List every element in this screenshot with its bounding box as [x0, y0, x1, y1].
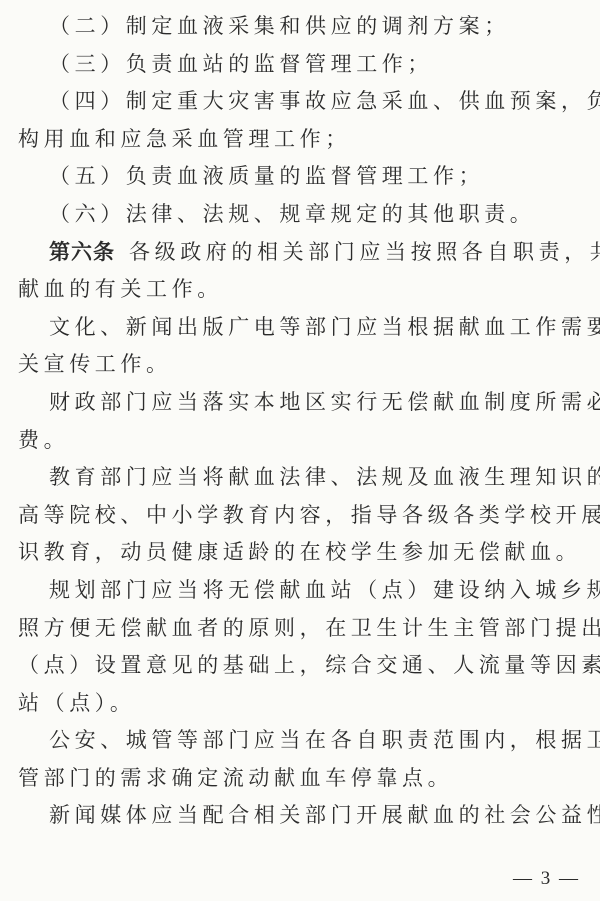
paragraph-public-security-continued: 管部门的需求确定流动献血车停靠点。 — [18, 760, 590, 798]
paragraph-media: 新闻媒体应当配合相关部门开展献血的社会公益性宣传。 — [18, 797, 590, 835]
paragraph-education: 教育部门应当将献血法律、法规及血液生理知识的宣传纳入 — [18, 459, 590, 497]
paragraph-planning-continued-3: 站（点）。 — [18, 685, 590, 723]
paragraph-finance-continued: 费。 — [18, 422, 590, 460]
list-item-2: （二）制定血液采集和供应的调剂方案； — [18, 8, 590, 46]
article-6-paragraph: 第六条各级政府的相关部门应当按照各自职责，共同做好 — [18, 234, 590, 272]
paragraph-education-continued-1: 高等院校、中小学教育内容，指导各级各类学校开展无偿献血知 — [18, 497, 590, 535]
paragraph-finance: 财政部门应当落实本地区实行无偿献血制度所需必要的经 — [18, 384, 590, 422]
list-item-6: （六）法律、法规、规章规定的其他职责。 — [18, 196, 590, 234]
list-item-3: （三）负责血站的监督管理工作； — [18, 46, 590, 84]
paragraph-planning: 规划部门应当将无偿献血站（点）建设纳入城乡规划，按 — [18, 572, 590, 610]
paragraph-culture: 文化、新闻出版广电等部门应当根据献血工作需要，做好相 — [18, 309, 590, 347]
article-6-continued: 献血的有关工作。 — [18, 271, 590, 309]
paragraph-culture-continued: 关宣传工作。 — [18, 346, 590, 384]
document-page: （二）制定血液采集和供应的调剂方案； （三）负责血站的监督管理工作； （四）制定… — [0, 0, 600, 901]
list-item-4: （四）制定重大灾害事故应急采血、供血预案，负责医疗机 — [18, 83, 590, 121]
article-6-text: 各级政府的相关部门应当按照各自职责，共同做好 — [129, 240, 600, 264]
paragraph-education-continued-2: 识教育，动员健康适龄的在校学生参加无偿献血。 — [18, 534, 590, 572]
paragraph-planning-continued-1: 照方便无偿献血者的原则，在卫生计生主管部门提出献血站 — [18, 610, 590, 648]
article-label: 第六条 — [49, 240, 115, 264]
paragraph-public-security: 公安、城管等部门应当在各自职责范围内，根据卫生计生主 — [18, 722, 590, 760]
list-item-4-continued: 构用血和应急采血管理工作； — [18, 121, 590, 159]
document-body: （二）制定血液采集和供应的调剂方案； （三）负责血站的监督管理工作； （四）制定… — [18, 8, 590, 835]
page-number: — 3 — — [513, 868, 580, 890]
paragraph-planning-continued-2: （点）设置意见的基础上，综合交通、人流量等因素，规划献血 — [18, 647, 590, 685]
list-item-5: （五）负责血液质量的监督管理工作； — [18, 158, 590, 196]
